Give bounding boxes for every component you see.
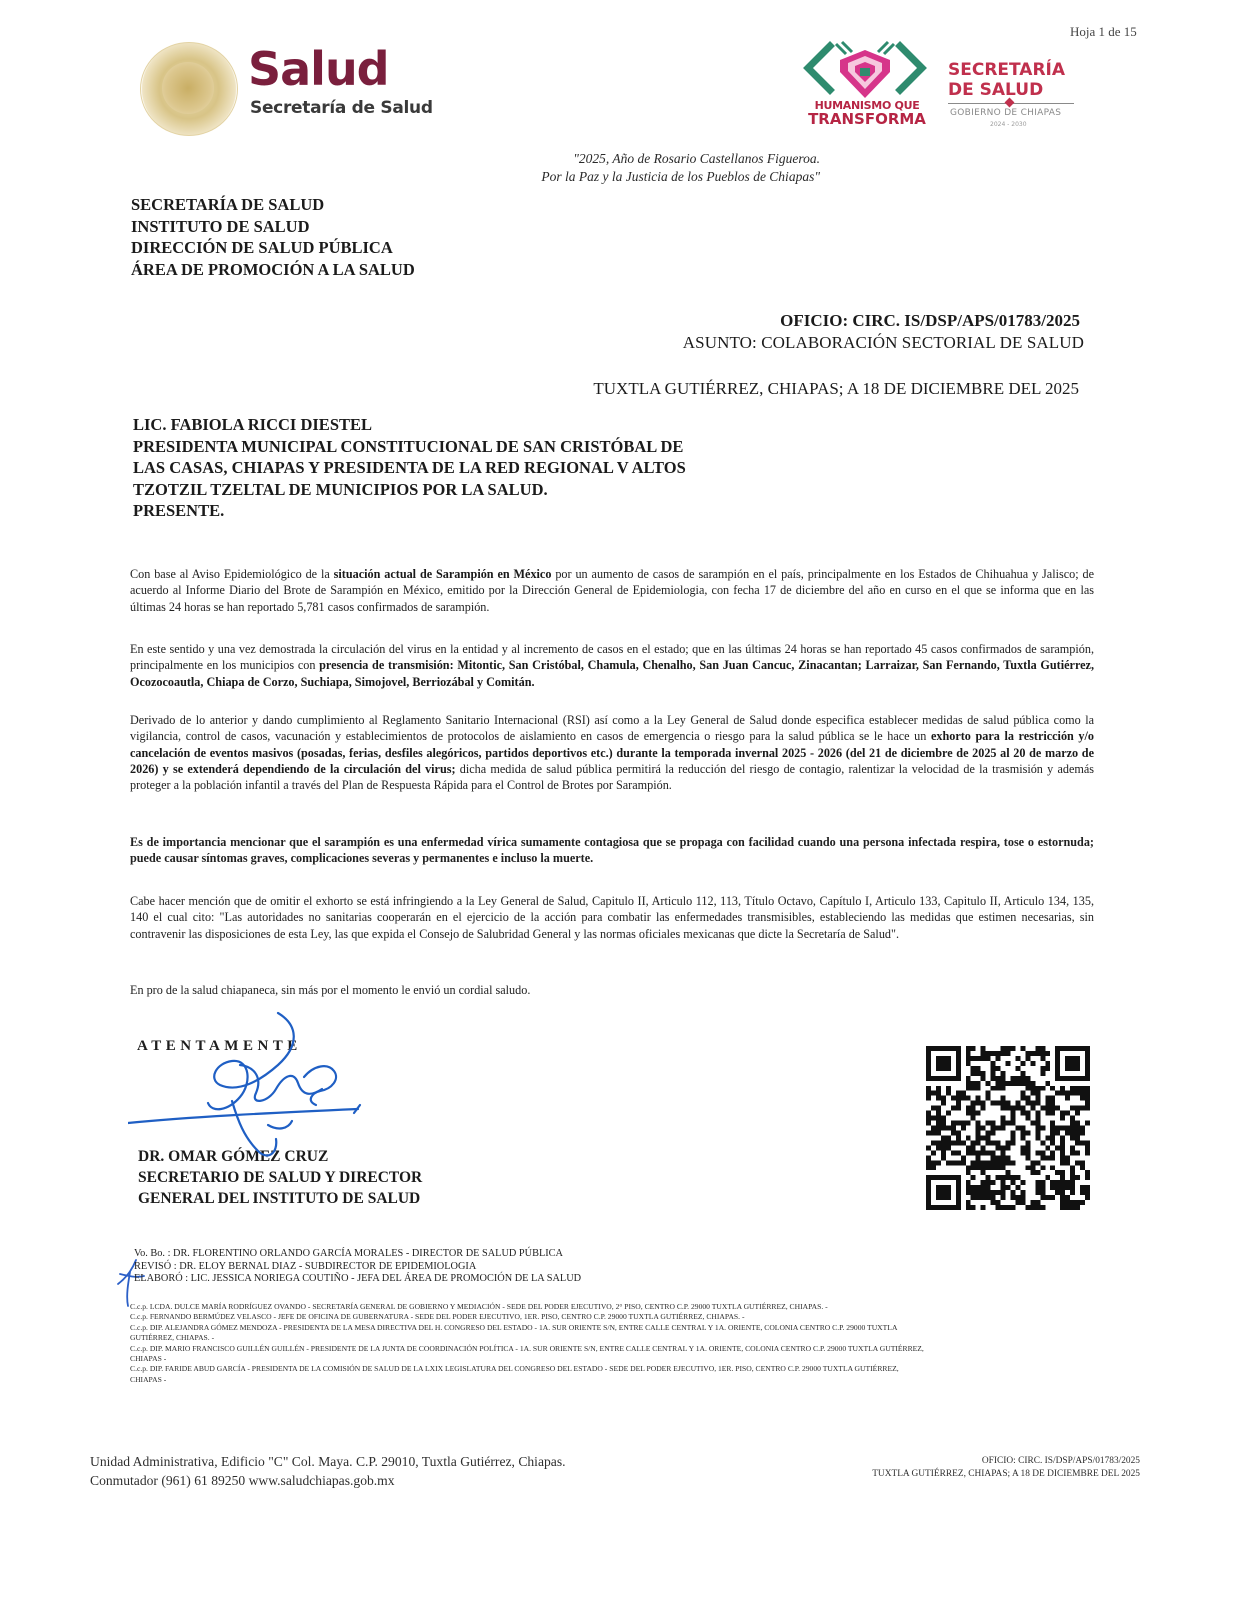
bold-run: situación actual de Sarampión en México <box>334 567 552 581</box>
secretaria-line-2: DE SALUD <box>948 80 1065 100</box>
oficio-number: OFICIO: CIRC. IS/DSP/APS/01783/2025 <box>780 311 1080 331</box>
recipient-title-line: LAS CASAS, CHIAPAS Y PRESIDENTA DE LA RE… <box>133 457 686 479</box>
gobierno-period: 2024 - 2030 <box>990 121 1027 128</box>
motto-line-1: "2025, Año de Rosario Castellanos Figuer… <box>420 150 820 168</box>
place-date: TUXTLA GUTIÉRREZ, CHIAPAS; A 18 DE DICIE… <box>593 379 1079 399</box>
asunto-subject: ASUNTO: COLABORACIÓN SECTORIAL DE SALUD <box>683 333 1084 353</box>
eagle-emblem-icon <box>162 62 214 114</box>
ccp-line: C.c.p. DIP. FARIDE ABUD GARCÍA - PRESIDE… <box>130 1364 930 1385</box>
paragraph-ley-general: Cabe hacer mención que de omitir el exho… <box>130 893 1094 942</box>
signature-icon <box>128 1005 378 1180</box>
footer-address: Unidad Administrativa, Edificio "C" Col.… <box>90 1452 566 1490</box>
recipient-title-line: PRESIDENTA MUNICIPAL CONSTITUCIONAL DE S… <box>133 436 686 458</box>
emblem-line-2: TRANSFORMA <box>806 112 928 127</box>
motto-line-2: Por la Paz y la Justicia de los Pueblos … <box>420 168 820 186</box>
footer-date: TUXTLA GUTIÉRREZ, CHIAPAS; A 18 DE DICIE… <box>872 1468 1140 1481</box>
recipient-name: LIC. FABIOLA RICCI DIESTEL <box>133 414 686 436</box>
footer-contact-line: Conmutador (961) 61 89250 www.saludchiap… <box>90 1471 566 1490</box>
recipient-title-line: TZOTZIL TZELTAL DE MUNICIPIOS POR LA SAL… <box>133 479 686 501</box>
paragraph-importancia: Es de importancia mencionar que el saram… <box>130 834 1094 867</box>
humanismo-emblem-text: HUMANISMO QUE TRANSFORMA <box>806 100 928 127</box>
approval-line: Vo. Bo. : DR. FLORENTINO ORLANDO GARCÍA … <box>134 1248 581 1261</box>
paragraph-circulacion: En este sentido y una vez demostrada la … <box>130 641 1094 690</box>
footer-address-line: Unidad Administrativa, Edificio "C" Col.… <box>90 1452 566 1471</box>
department-line: INSTITUTO DE SALUD <box>131 216 415 238</box>
paragraph-aviso: Con base al Aviso Epidemiológico de la s… <box>130 566 1094 615</box>
salud-logo-title: Salud <box>248 46 389 92</box>
ccp-block: C.c.p. LCDA. DULCE MARÍA RODRÍGUEZ OVAND… <box>130 1302 930 1385</box>
gobierno-chiapas-label: GOBIERNO DE CHIAPAS <box>950 108 1061 118</box>
paragraph-exhorto: Derivado de lo anterior y dando cumplimi… <box>130 712 1094 793</box>
approvals-block: Vo. Bo. : DR. FLORENTINO ORLANDO GARCÍA … <box>134 1248 581 1286</box>
text-run: Con base al Aviso Epidemiológico de la <box>130 567 334 581</box>
humanismo-emblem-icon <box>800 38 930 103</box>
approval-line: ELABORÓ : LIC. JESSICA NORIEGA COUTIÑO -… <box>134 1273 581 1286</box>
ccp-line: C.c.p. LCDA. DULCE MARÍA RODRÍGUEZ OVAND… <box>130 1302 930 1312</box>
paragraph-saludo: En pro de la salud chiapaneca, sin más p… <box>130 982 1094 998</box>
secretaria-chiapas-logo: SECRETARÍA DE SALUD <box>948 60 1065 100</box>
department-line: DIRECCIÓN DE SALUD PÚBLICA <box>131 237 415 259</box>
qr-code-icon <box>926 1046 1090 1210</box>
secretaria-line-1: SECRETARÍA <box>948 60 1065 80</box>
ccp-line: C.c.p. FERNANDO BERMÚDEZ VELASCO - JEFE … <box>130 1312 930 1322</box>
footer-reference: OFICIO: CIRC. IS/DSP/APS/01783/2025 TUXT… <box>872 1455 1140 1481</box>
ccp-line: C.c.p. DIP. MARIO FRANCISCO GUILLÉN GUIL… <box>130 1344 930 1365</box>
salud-logo-subtitle: Secretaría de Salud <box>250 98 433 118</box>
recipient-presente: PRESENTE. <box>133 500 686 522</box>
signer-title-line: GENERAL DEL INSTITUTO DE SALUD <box>138 1188 422 1209</box>
approval-line: REVISÓ : DR. ELOY BERNAL DIAZ - SUBDIREC… <box>134 1261 581 1274</box>
ccp-line: C.c.p. DIP. ALEJANDRA GÓMEZ MENDOZA - PR… <box>130 1323 930 1344</box>
recipient-block: LIC. FABIOLA RICCI DIESTEL PRESIDENTA MU… <box>133 414 686 522</box>
footer-oficio: OFICIO: CIRC. IS/DSP/APS/01783/2025 <box>872 1455 1140 1468</box>
department-line: ÁREA DE PROMOCIÓN A LA SALUD <box>131 259 415 281</box>
department-block: SECRETARÍA DE SALUD INSTITUTO DE SALUD D… <box>131 194 415 280</box>
page-indicator: Hoja 1 de 15 <box>1070 24 1137 40</box>
department-line: SECRETARÍA DE SALUD <box>131 194 415 216</box>
year-motto: "2025, Año de Rosario Castellanos Figuer… <box>420 150 820 186</box>
